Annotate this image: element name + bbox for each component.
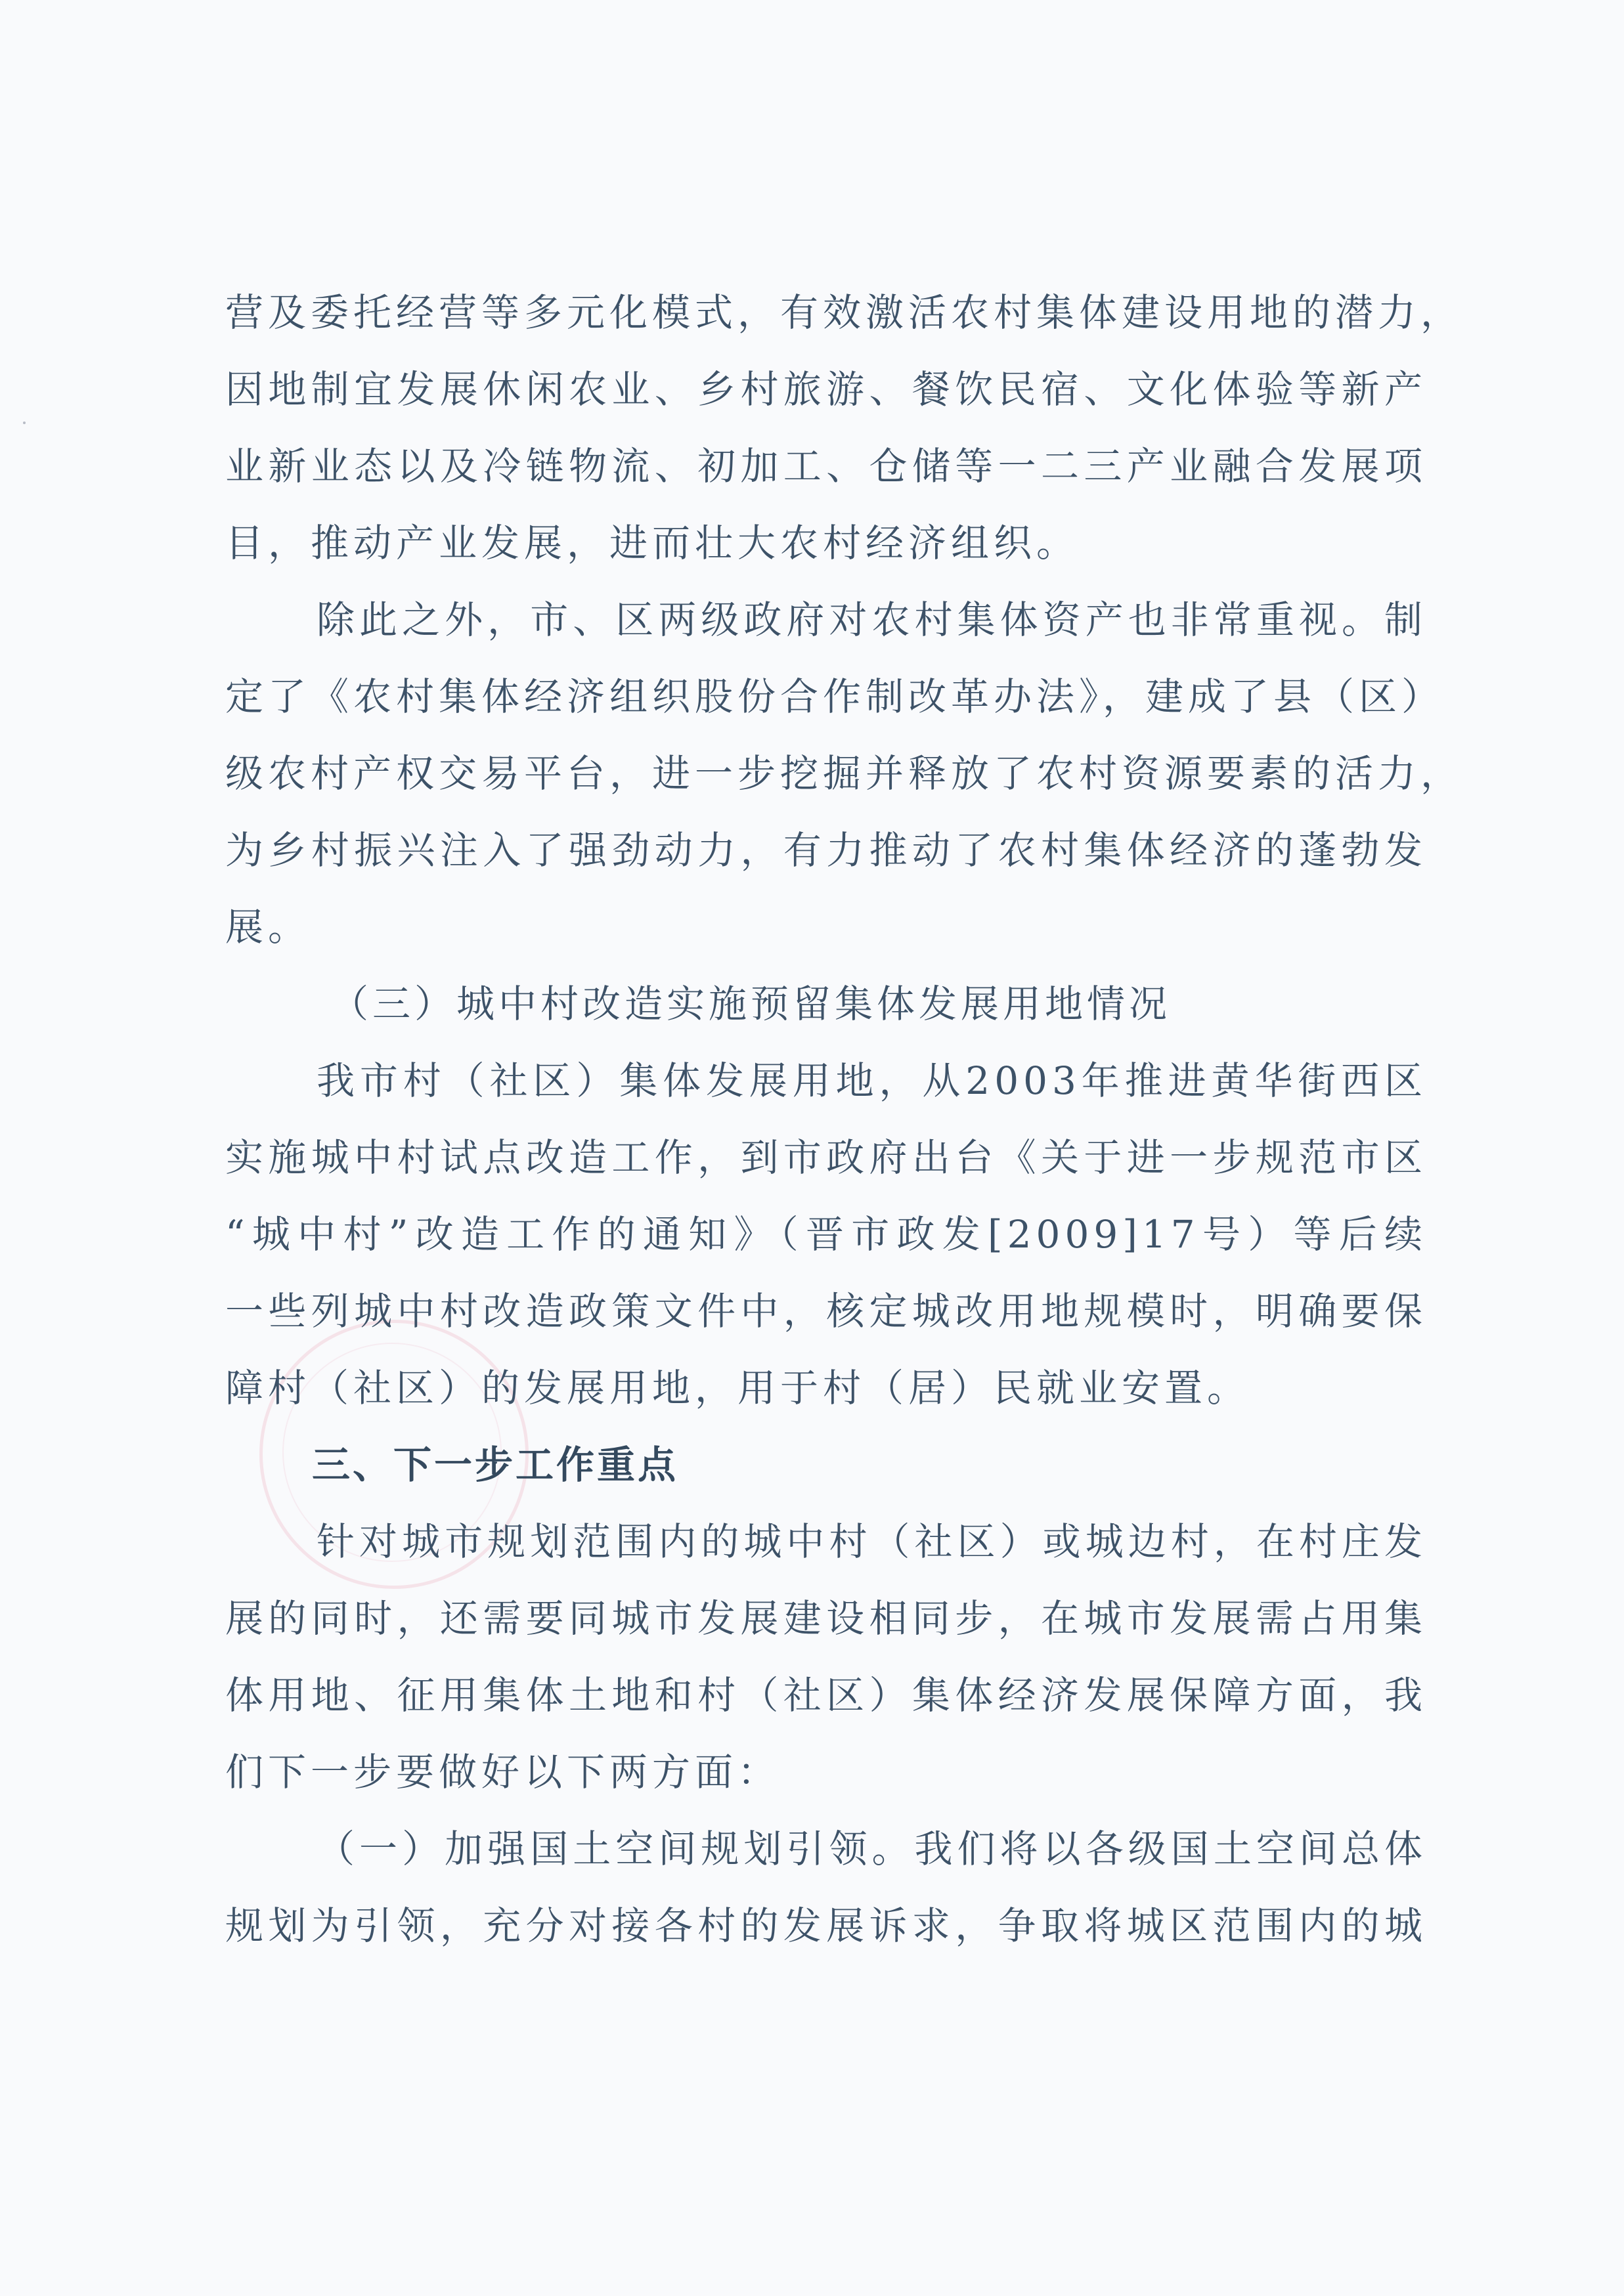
paragraph-line: 业新业态以及冷链物流、初加工、仓储等一二三产业融合发展项: [225, 436, 1427, 513]
paragraph-line: 定了《农村集体经济组织股份合作制改革办法》，建成了县（区）: [225, 666, 1427, 743]
paragraph-line: 目，推动产业发展，进而壮大农村经济组织。: [225, 513, 1427, 590]
paragraph-line: 展。: [225, 897, 1427, 974]
paragraph-line: 一些列城中村改造政策文件中，核定城改用地规模时，明确要保: [225, 1281, 1427, 1358]
paragraph-line: 障村（社区）的发展用地，用于村（居）民就业安置。: [225, 1358, 1427, 1435]
paragraph-line: 实施城中村试点改造工作，到市政府出台《关于进一步规范市区: [225, 1127, 1427, 1204]
paragraph-line: 展的同时，还需要同城市发展建设相同步，在城市发展需占用集: [225, 1588, 1427, 1665]
section-subheading: （三）城中村改造实施预留集体发展用地情况: [225, 974, 1427, 1051]
paragraph-first-line: 我市村（社区）集体发展用地，从2003年推进黄华街西区: [225, 1051, 1427, 1127]
document-page: 营及委托经营等多元化模式，有效激活农村集体建设用地的潜力， 因地制宜发展休闲农业…: [0, 0, 1624, 2296]
paragraph-line: 级农村产权交易平台，进一步挖掘并释放了农村资源要素的活力，: [225, 743, 1427, 820]
paragraph-line: 们下一步要做好以下两方面：: [225, 1742, 1427, 1819]
paragraph-line: “城中村”改造工作的通知》（晋市政发[2009]17号）等后续: [225, 1204, 1427, 1281]
paragraph-first-line: （一）加强国土空间规划引领。我们将以各级国土空间总体: [225, 1819, 1427, 1895]
paragraph-line: 规划为引领，充分对接各村的发展诉求，争取将城区范围内的城: [225, 1895, 1427, 1972]
document-body: 营及委托经营等多元化模式，有效激活农村集体建设用地的潜力， 因地制宜发展休闲农业…: [225, 282, 1427, 1972]
scan-speck: [23, 422, 26, 424]
paragraph-first-line: 针对城市规划范围内的城中村（社区）或城边村，在村庄发: [225, 1511, 1427, 1588]
paragraph-line: 体用地、征用集体土地和村（社区）集体经济发展保障方面，我: [225, 1665, 1427, 1742]
paragraph-line: 为乡村振兴注入了强劲动力，有力推动了农村集体经济的蓬勃发: [225, 820, 1427, 897]
paragraph-line: 因地制宜发展休闲农业、乡村旅游、餐饮民宿、文化体验等新产: [225, 359, 1427, 436]
paragraph-first-line: 除此之外，市、区两级政府对农村集体资产也非常重视。制: [225, 590, 1427, 666]
section-heading: 三、下一步工作重点: [225, 1435, 1427, 1511]
paragraph-line: 营及委托经营等多元化模式，有效激活农村集体建设用地的潜力，: [225, 282, 1427, 359]
